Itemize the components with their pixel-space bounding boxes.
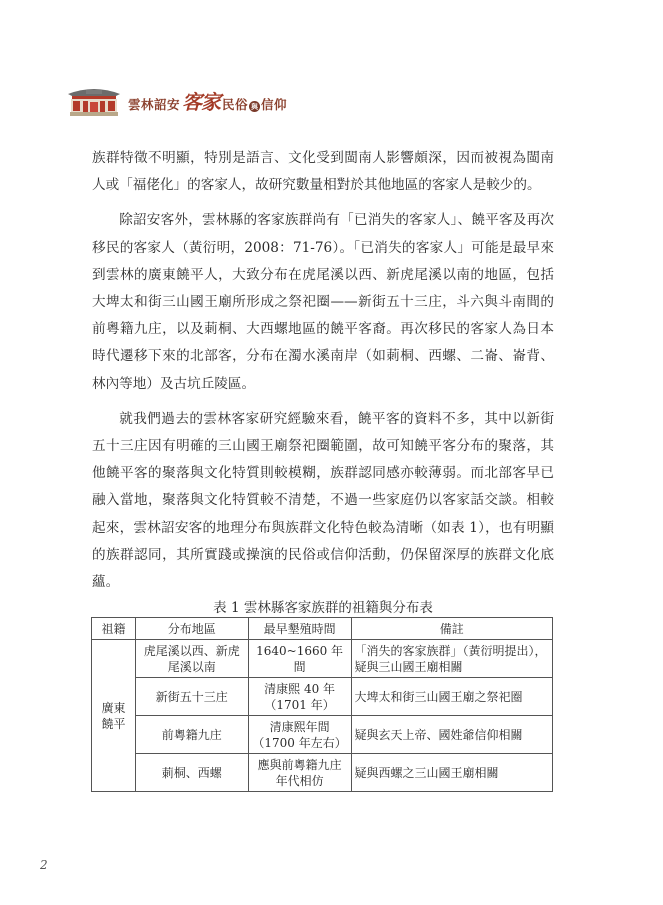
area-cell: 虎尾溪以西、新虎尾溪以南 [135,640,248,678]
note-cell: 疑與玄天上帝、國姓爺信仰相關 [351,716,552,754]
book-header: 雲林詔安 客家 民俗 與 信仰 [66,80,287,120]
note-cell: 疑與西螺之三山國王廟相關 [351,754,552,792]
area-cell: 新街五十三庄 [135,678,248,716]
column-header: 備註 [351,618,552,640]
time-cell: 1640~1660 年間 [248,640,351,678]
column-header: 最早墾殖時間 [248,618,351,640]
book-title: 雲林詔安 客家 民俗 與 信仰 [128,86,287,115]
time-cell: 清康熙 40 年（1701 年） [248,678,351,716]
body-text: 族群特徵不明顯，特別是語言、文化受到閩南人影響頗深，因而被視為閩南人或「福佬化」… [92,145,554,604]
table-header-row: 祖籍 分布地區 最早墾殖時間 備註 [92,618,553,640]
area-cell: 前粵籍九庄 [135,716,248,754]
distribution-table: 祖籍 分布地區 最早墾殖時間 備註 廣東饒平 虎尾溪以西、新虎尾溪以南 1640… [91,617,553,792]
paragraph: 族群特徵不明顯，特別是語言、文化受到閩南人影響頗深，因而被視為閩南人或「福佬化」… [92,145,554,199]
paragraph: 除詔安客外，雲林縣的客家族群尚有「已消失的客家人」、饒平客及再次移民的客家人（黃… [92,207,554,397]
paragraph: 就我們過去的雲林客家研究經驗來看，饒平客的資料不多，其中以新街五十三庄因有明確的… [92,406,554,596]
temple-icon [66,82,122,118]
area-cell: 莿桐、西螺 [135,754,248,792]
table-row: 新街五十三庄 清康熙 40 年（1701 年） 大埤太和街三山國王廟之祭祀圈 [92,678,553,716]
note-cell: 「消失的客家族群」（黃衍明提出），疑與三山國王廟相關 [351,640,552,678]
page-number: 2 [40,858,48,872]
column-header: 祖籍 [92,618,136,640]
origin-cell: 廣東饒平 [92,640,136,792]
table-row: 前粵籍九庄 清康熙年間（1700 年左右） 疑與玄天上帝、國姓爺信仰相關 [92,716,553,754]
time-cell: 清康熙年間（1700 年左右） [248,716,351,754]
note-cell: 大埤太和街三山國王廟之祭祀圈 [351,678,552,716]
table-caption: 表 1 雲林縣客家族群的祖籍與分布表 [92,596,554,616]
column-header: 分布地區 [135,618,248,640]
table-row: 廣東饒平 虎尾溪以西、新虎尾溪以南 1640~1660 年間 「消失的客家族群」… [92,640,553,678]
table-row: 莿桐、西螺 應與前粵籍九庄年代相仿 疑與西螺之三山國王廟相關 [92,754,553,792]
time-cell: 應與前粵籍九庄年代相仿 [248,754,351,792]
